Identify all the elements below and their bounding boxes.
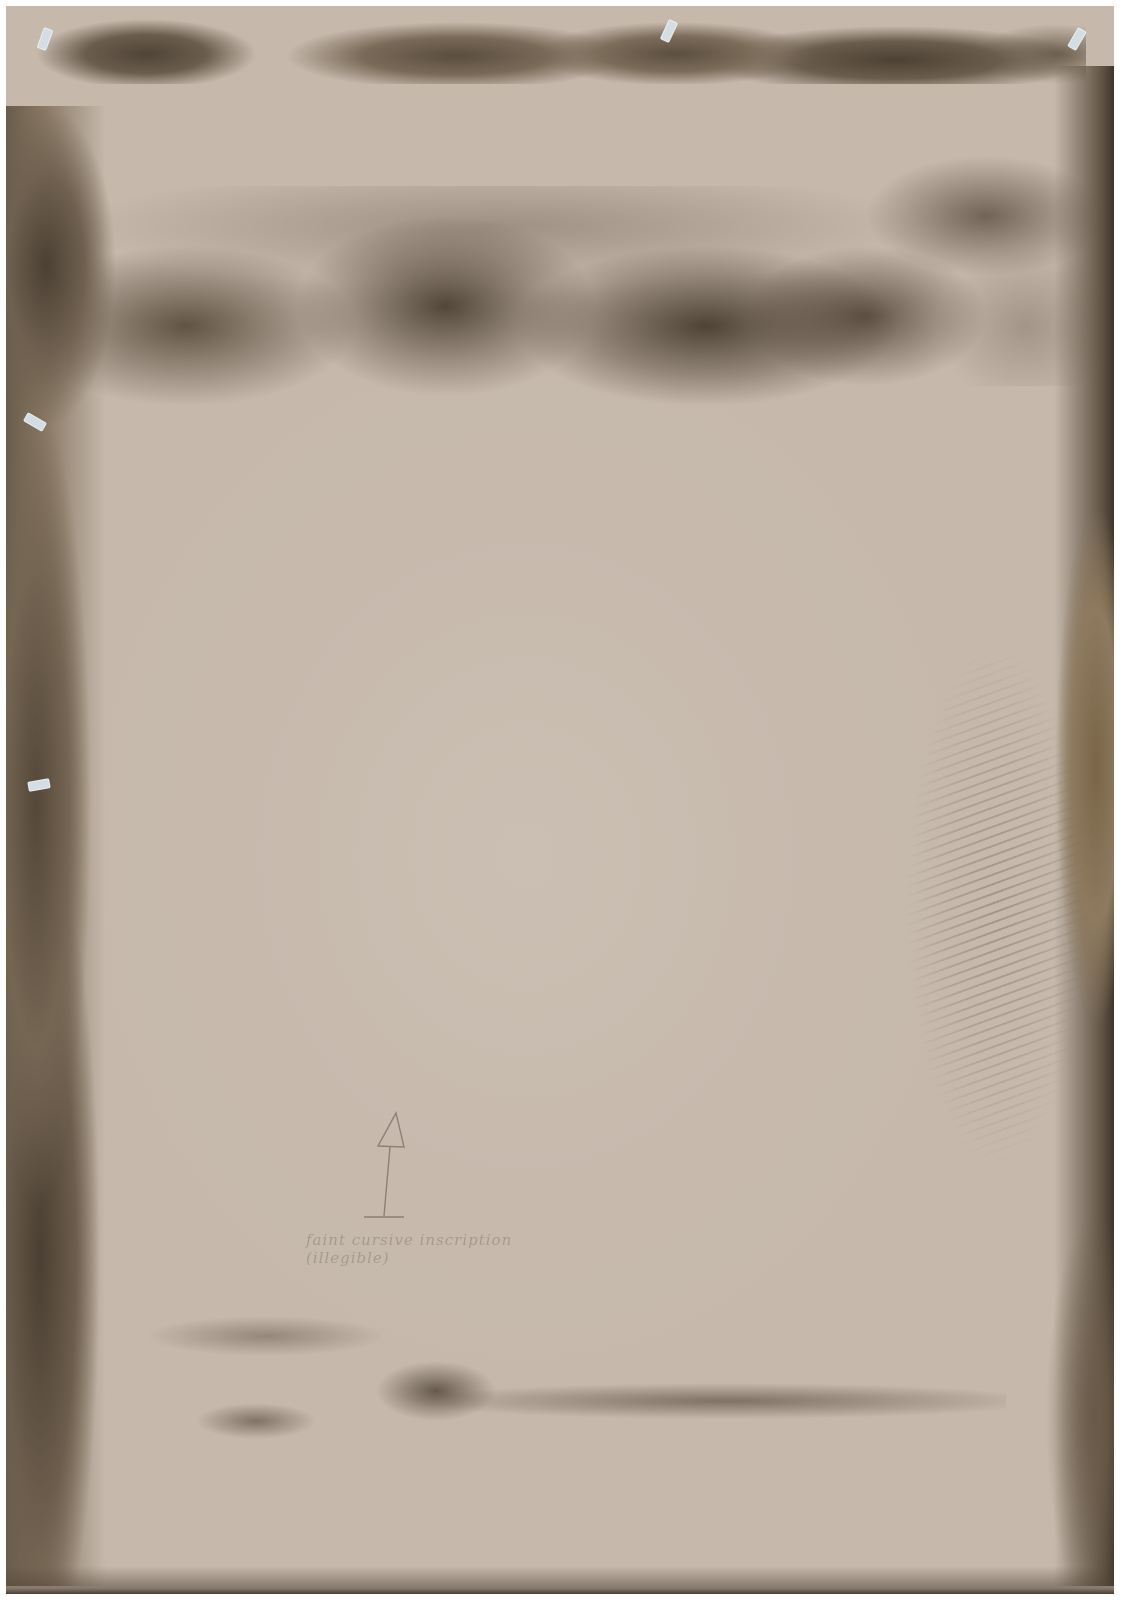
artwork-description: Reverse of an abstract ink-on-board work… [0, 0, 1, 1]
pencil-inscription: faint cursive inscription (illegible) [306, 1231, 526, 1261]
paper-surface [6, 6, 1114, 1594]
pencil-arrow-icon [356, 1111, 436, 1231]
artwork-board: faint cursive inscription (illegible) [6, 6, 1114, 1594]
